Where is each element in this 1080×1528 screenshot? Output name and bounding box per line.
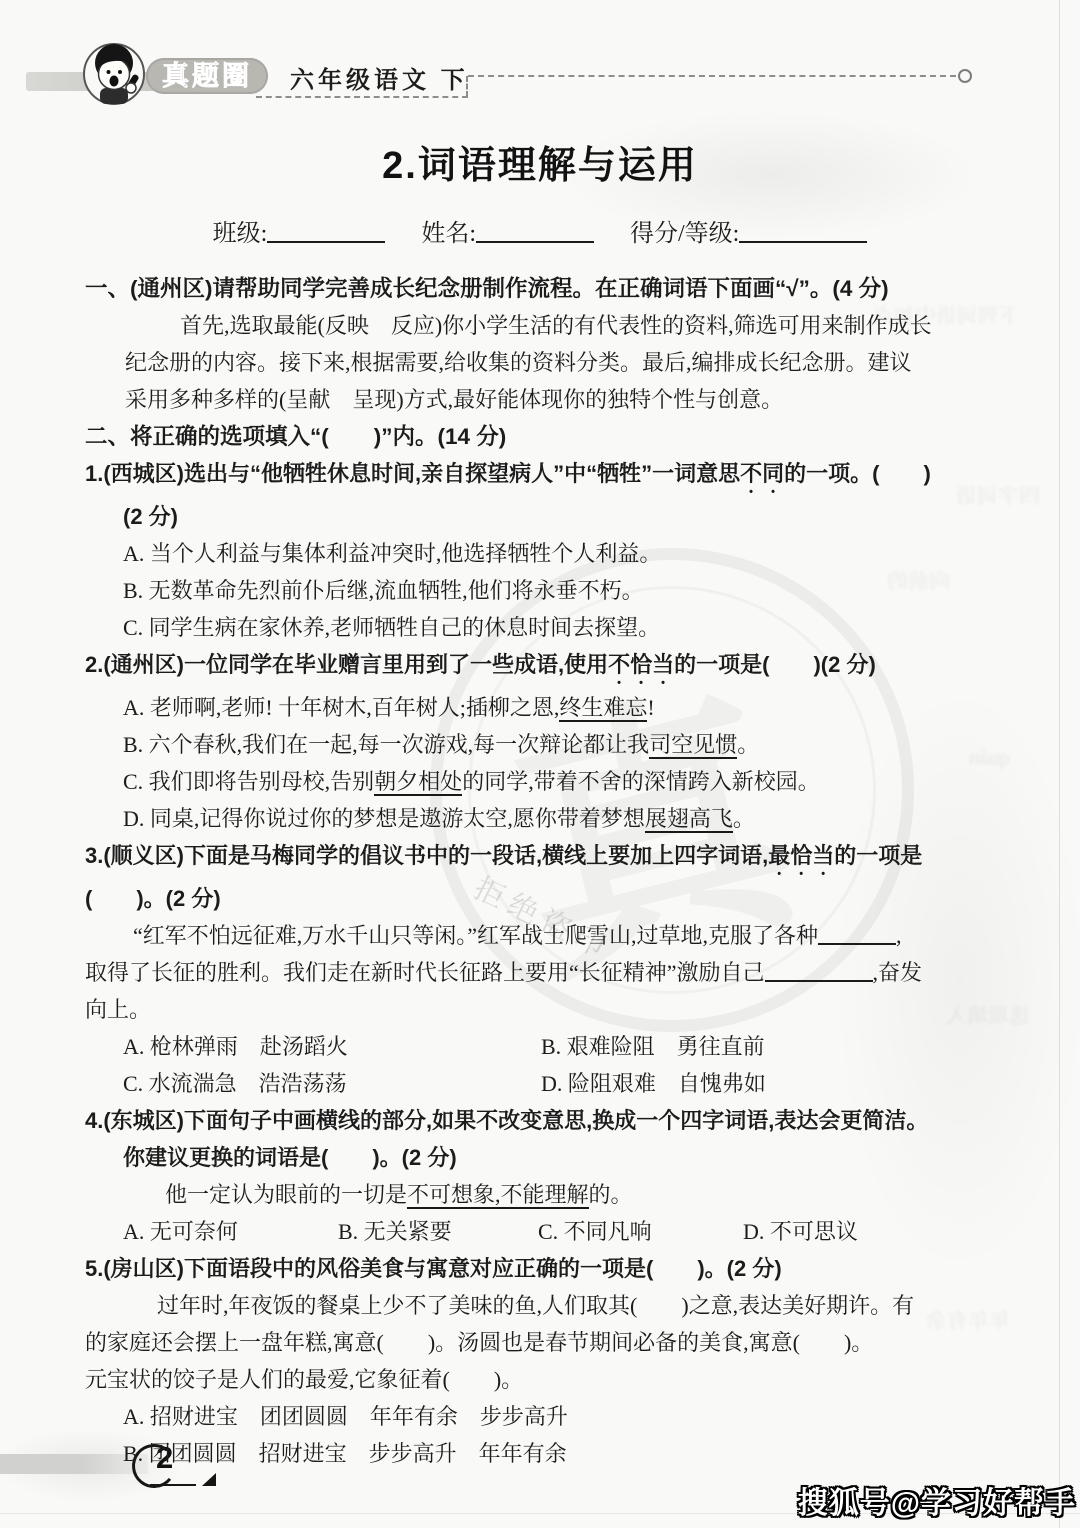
option-text: 。 bbox=[733, 806, 755, 831]
option-item: B. 艰难险阻 勇往直前 bbox=[541, 1028, 1040, 1065]
header-dashed-line bbox=[256, 96, 468, 98]
option-item: B. 无关紧要 bbox=[338, 1213, 538, 1250]
stem-text: 3.(顺义区)下面是马梅同学的倡议书中的一段话,横线上要加上四字词语, bbox=[85, 843, 768, 868]
class-field: 班级: bbox=[213, 213, 386, 248]
stem-text: 的一项。( ) bbox=[784, 461, 931, 486]
para-line: 向上。 bbox=[85, 991, 1040, 1028]
fill-blank-line bbox=[765, 958, 873, 982]
option-line: C. 我们即将告别母校,告别朝夕相处的同学,带着不舍的深情跨入新校园。 bbox=[85, 763, 1040, 800]
page-header: 真题圈 六年级语文 下 bbox=[0, 0, 1080, 118]
option-item: A. 枪林弹雨 赴汤蹈火 bbox=[123, 1028, 541, 1065]
page-title: 2.词语理解与运用 bbox=[0, 134, 1080, 189]
option-text: D. 同桌,记得你说过你的梦想是遨游太空,愿你带着梦想 bbox=[123, 806, 645, 831]
score-label: 得分/等级: bbox=[630, 221, 739, 247]
option-line: A. 当个人利益与集体利益冲突时,他选择牺牲个人利益。 bbox=[85, 535, 1040, 572]
name-blank-line bbox=[476, 219, 594, 243]
option-text: C. 我们即将告别母校,告别 bbox=[123, 769, 374, 794]
stem-text: 的一项是( )(2 分) bbox=[674, 652, 876, 677]
page-number-triangle-icon bbox=[202, 1473, 216, 1486]
question-4-stem-line2: 你建议更换的词语是( )。(2 分) bbox=[85, 1139, 1040, 1176]
option-item: A. 无可奈何 bbox=[123, 1213, 338, 1250]
option-line: D. 同桌,记得你说过你的梦想是遨游太空,愿你带着梦想展翅高飞。 bbox=[85, 800, 1040, 837]
para-line: 的家庭还会摆上一盘年糕,寓意( )。汤圆也是春节期间必备的美食,寓意( )。 bbox=[85, 1324, 1040, 1361]
emphasized-word: 不恰当 bbox=[608, 652, 674, 677]
dashed-line-end-dot bbox=[958, 69, 972, 83]
score-blank-line bbox=[739, 219, 867, 243]
option-line: B. 团团圆圆 招财进宝 步步高升 年年有余 bbox=[85, 1435, 1040, 1472]
brand-label: 真题圈 bbox=[162, 61, 252, 91]
sohu-watermark: 搜狐号@学习好帮手 bbox=[798, 1478, 1076, 1522]
option-line: C. 同学生病在家休养,老师牺牲自己的休息时间去探望。 bbox=[85, 609, 1040, 646]
option-item: C. 水流湍急 浩浩荡荡 bbox=[123, 1065, 541, 1102]
name-field: 姓名: bbox=[421, 213, 594, 248]
class-label: 班级: bbox=[213, 221, 268, 247]
option-item: D. 不可思议 bbox=[743, 1213, 1040, 1250]
question-1: 1.(西城区)选出与“他牺牲休息时间,亲自探望病人”中“牺牲”一词意思不同的一项… bbox=[85, 455, 1040, 646]
passage-line: 首先,选取最能(反映 反应)你小学生活的有代表性的资料,筛选可用来制作成长 bbox=[85, 307, 1040, 344]
option-item: D. 险阻艰难 自愧弗如 bbox=[541, 1065, 1040, 1102]
para-line: 元宝状的饺子是人们的最爱,它象征着( )。 bbox=[85, 1361, 1040, 1398]
question-5: 5.(房山区)下面语段中的风俗美食与寓意对应正确的一项是( )。(2 分) 过年… bbox=[85, 1250, 1040, 1472]
underlined-idiom: 朝夕相处 bbox=[374, 769, 462, 796]
question-4-stem: 4.(东城区)下面句子中画横线的部分,如果不改变意思,换成一个四字词语,表达会更… bbox=[85, 1102, 1040, 1139]
question-3-stem-line2: ( )。(2 分) bbox=[85, 880, 1040, 917]
underlined-idiom: 司空见惯 bbox=[649, 732, 737, 759]
para-text: ,奋发 bbox=[873, 960, 923, 985]
para-line: 过年时,年夜饭的餐桌上少不了美味的鱼,人们取其( )之意,表达美好期许。有 bbox=[85, 1287, 1040, 1324]
question-1-stem: 1.(西城区)选出与“他牺牲休息时间,亲自探望病人”中“牺牲”一词意思不同的一项… bbox=[85, 455, 1040, 498]
option-text: 的同学,带着不舍的深情跨入新校园。 bbox=[462, 769, 820, 794]
option-row: A. 枪林弹雨 赴汤蹈火 B. 艰难险阻 勇往直前 bbox=[85, 1028, 1040, 1065]
question-2: 2.(通州区)一位同学在毕业赠言里用到了一些成语,使用不恰当的一项是( )(2 … bbox=[85, 646, 1040, 837]
option-text: 。 bbox=[737, 732, 759, 757]
option-text: A. 老师啊,老师! 十年树木,百年树人;插柳之恩, bbox=[123, 695, 559, 720]
brand-badge: 真题圈 bbox=[146, 58, 268, 94]
score-field: 得分/等级: bbox=[630, 213, 867, 248]
underlined-idiom: 终生难忘 bbox=[559, 695, 647, 722]
underlined-phrase: 不可想象,不能理解 bbox=[407, 1182, 589, 1209]
page-number-underline bbox=[150, 1484, 196, 1486]
emphasized-word: 不同 bbox=[740, 461, 784, 486]
option-text: B. 六个春秋,我们在一起,每一次游戏,每一次辩论都让我 bbox=[123, 732, 649, 757]
name-label: 姓名: bbox=[421, 221, 476, 247]
example-sentence: 他一定认为眼前的一切是不可想象,不能理解的。 bbox=[85, 1176, 1040, 1213]
question-5-stem: 5.(房山区)下面语段中的风俗美食与寓意对应正确的一项是( )。(2 分) bbox=[85, 1250, 1040, 1287]
option-line: B. 六个春秋,我们在一起,每一次游戏,每一次辩论都让我司空见惯。 bbox=[85, 726, 1040, 763]
option-row: A. 无可奈何 B. 无关紧要 C. 不同凡响 D. 不可思议 bbox=[85, 1213, 1040, 1250]
sentence-text: 他一定认为眼前的一切是 bbox=[165, 1182, 407, 1207]
emphasized-word: 最恰当 bbox=[768, 843, 834, 868]
sentence-text: 的。 bbox=[589, 1182, 633, 1207]
header-dashed-line bbox=[468, 75, 956, 77]
section-2: 二、将正确的选项填入“( )”内。(14 分) 1.(西城区)选出与“他牺牲休息… bbox=[85, 418, 1040, 1472]
question-3: 3.(顺义区)下面是马梅同学的倡议书中的一段话,横线上要加上四字词语,最恰当的一… bbox=[85, 837, 1040, 1102]
para-text: 取得了长征的胜利。我们走在新时代长征路上要用“长征精神”激励自己 bbox=[85, 960, 765, 985]
class-blank-line bbox=[267, 219, 385, 243]
passage-line: 采用多种多样的(呈献 呈现)方式,最好能体现你的独特个性与创意。 bbox=[85, 381, 1040, 418]
para-line: “红军不怕远征难,万水千山只等闲。”红军战士爬雪山,过草地,克服了各种, bbox=[85, 917, 1040, 954]
stem-text: 1.(西城区)选出与“他牺牲休息时间,亲自探望病人”中“牺牲”一词意思 bbox=[85, 461, 740, 486]
option-row: C. 水流湍急 浩浩荡荡 D. 险阻艰难 自愧弗如 bbox=[85, 1065, 1040, 1102]
underlined-idiom: 展翅高飞 bbox=[645, 806, 733, 833]
option-line: B. 无数革命先烈前仆后继,流血牺牲,他们将永垂不朽。 bbox=[85, 572, 1040, 609]
para-text: 向上。 bbox=[85, 997, 151, 1022]
para-text: , bbox=[896, 923, 902, 948]
worksheet-body: 一、(通州区)请帮助同学完善成长纪念册制作流程。在正确词语下面画“√”。(4 分… bbox=[85, 270, 1040, 1472]
passage-line: 纪念册的内容。接下来,根据需要,给收集的资料分类。最后,编排成长纪念册。建议 bbox=[85, 344, 1040, 381]
section-2-heading: 二、将正确的选项填入“( )”内。(14 分) bbox=[85, 418, 1040, 455]
fill-blank-line bbox=[818, 921, 896, 945]
option-line: A. 老师啊,老师! 十年树木,百年树人;插柳之恩,终生难忘! bbox=[85, 689, 1040, 726]
question-4: 4.(东城区)下面句子中画横线的部分,如果不改变意思,换成一个四字词语,表达会更… bbox=[85, 1102, 1040, 1250]
student-info-row: 班级: 姓名: 得分/等级: bbox=[0, 213, 1080, 248]
option-item: C. 不同凡响 bbox=[538, 1213, 743, 1250]
stem-text: 2.(通州区)一位同学在毕业赠言里用到了一些成语,使用 bbox=[85, 652, 608, 677]
para-line: 取得了长征的胜利。我们走在新时代长征路上要用“长征精神”激励自己,奋发 bbox=[85, 954, 1040, 991]
header-dashed-step bbox=[466, 76, 468, 97]
question-2-stem: 2.(通州区)一位同学在毕业赠言里用到了一些成语,使用不恰当的一项是( )(2 … bbox=[85, 646, 1040, 689]
section-1-heading: 一、(通州区)请帮助同学完善成长纪念册制作流程。在正确词语下面画“√”。(4 分… bbox=[85, 270, 1040, 307]
section-1: 一、(通州区)请帮助同学完善成长纪念册制作流程。在正确词语下面画“√”。(4 分… bbox=[85, 270, 1040, 418]
option-line: A. 招财进宝 团团圆圆 年年有余 步步高升 bbox=[85, 1398, 1040, 1435]
stem-text: 的一项是 bbox=[834, 843, 922, 868]
subject-label: 六年级语文 下 bbox=[290, 60, 469, 95]
question-1-score: (2 分) bbox=[85, 498, 1040, 535]
boy-mascot-icon bbox=[68, 38, 156, 115]
para-text: “红军不怕远征难,万水千山只等闲。”红军战士爬雪山,过草地,克服了各种 bbox=[133, 923, 818, 948]
option-text: ! bbox=[647, 695, 654, 720]
question-3-stem: 3.(顺义区)下面是马梅同学的倡议书中的一段话,横线上要加上四字词语,最恰当的一… bbox=[85, 837, 1040, 880]
